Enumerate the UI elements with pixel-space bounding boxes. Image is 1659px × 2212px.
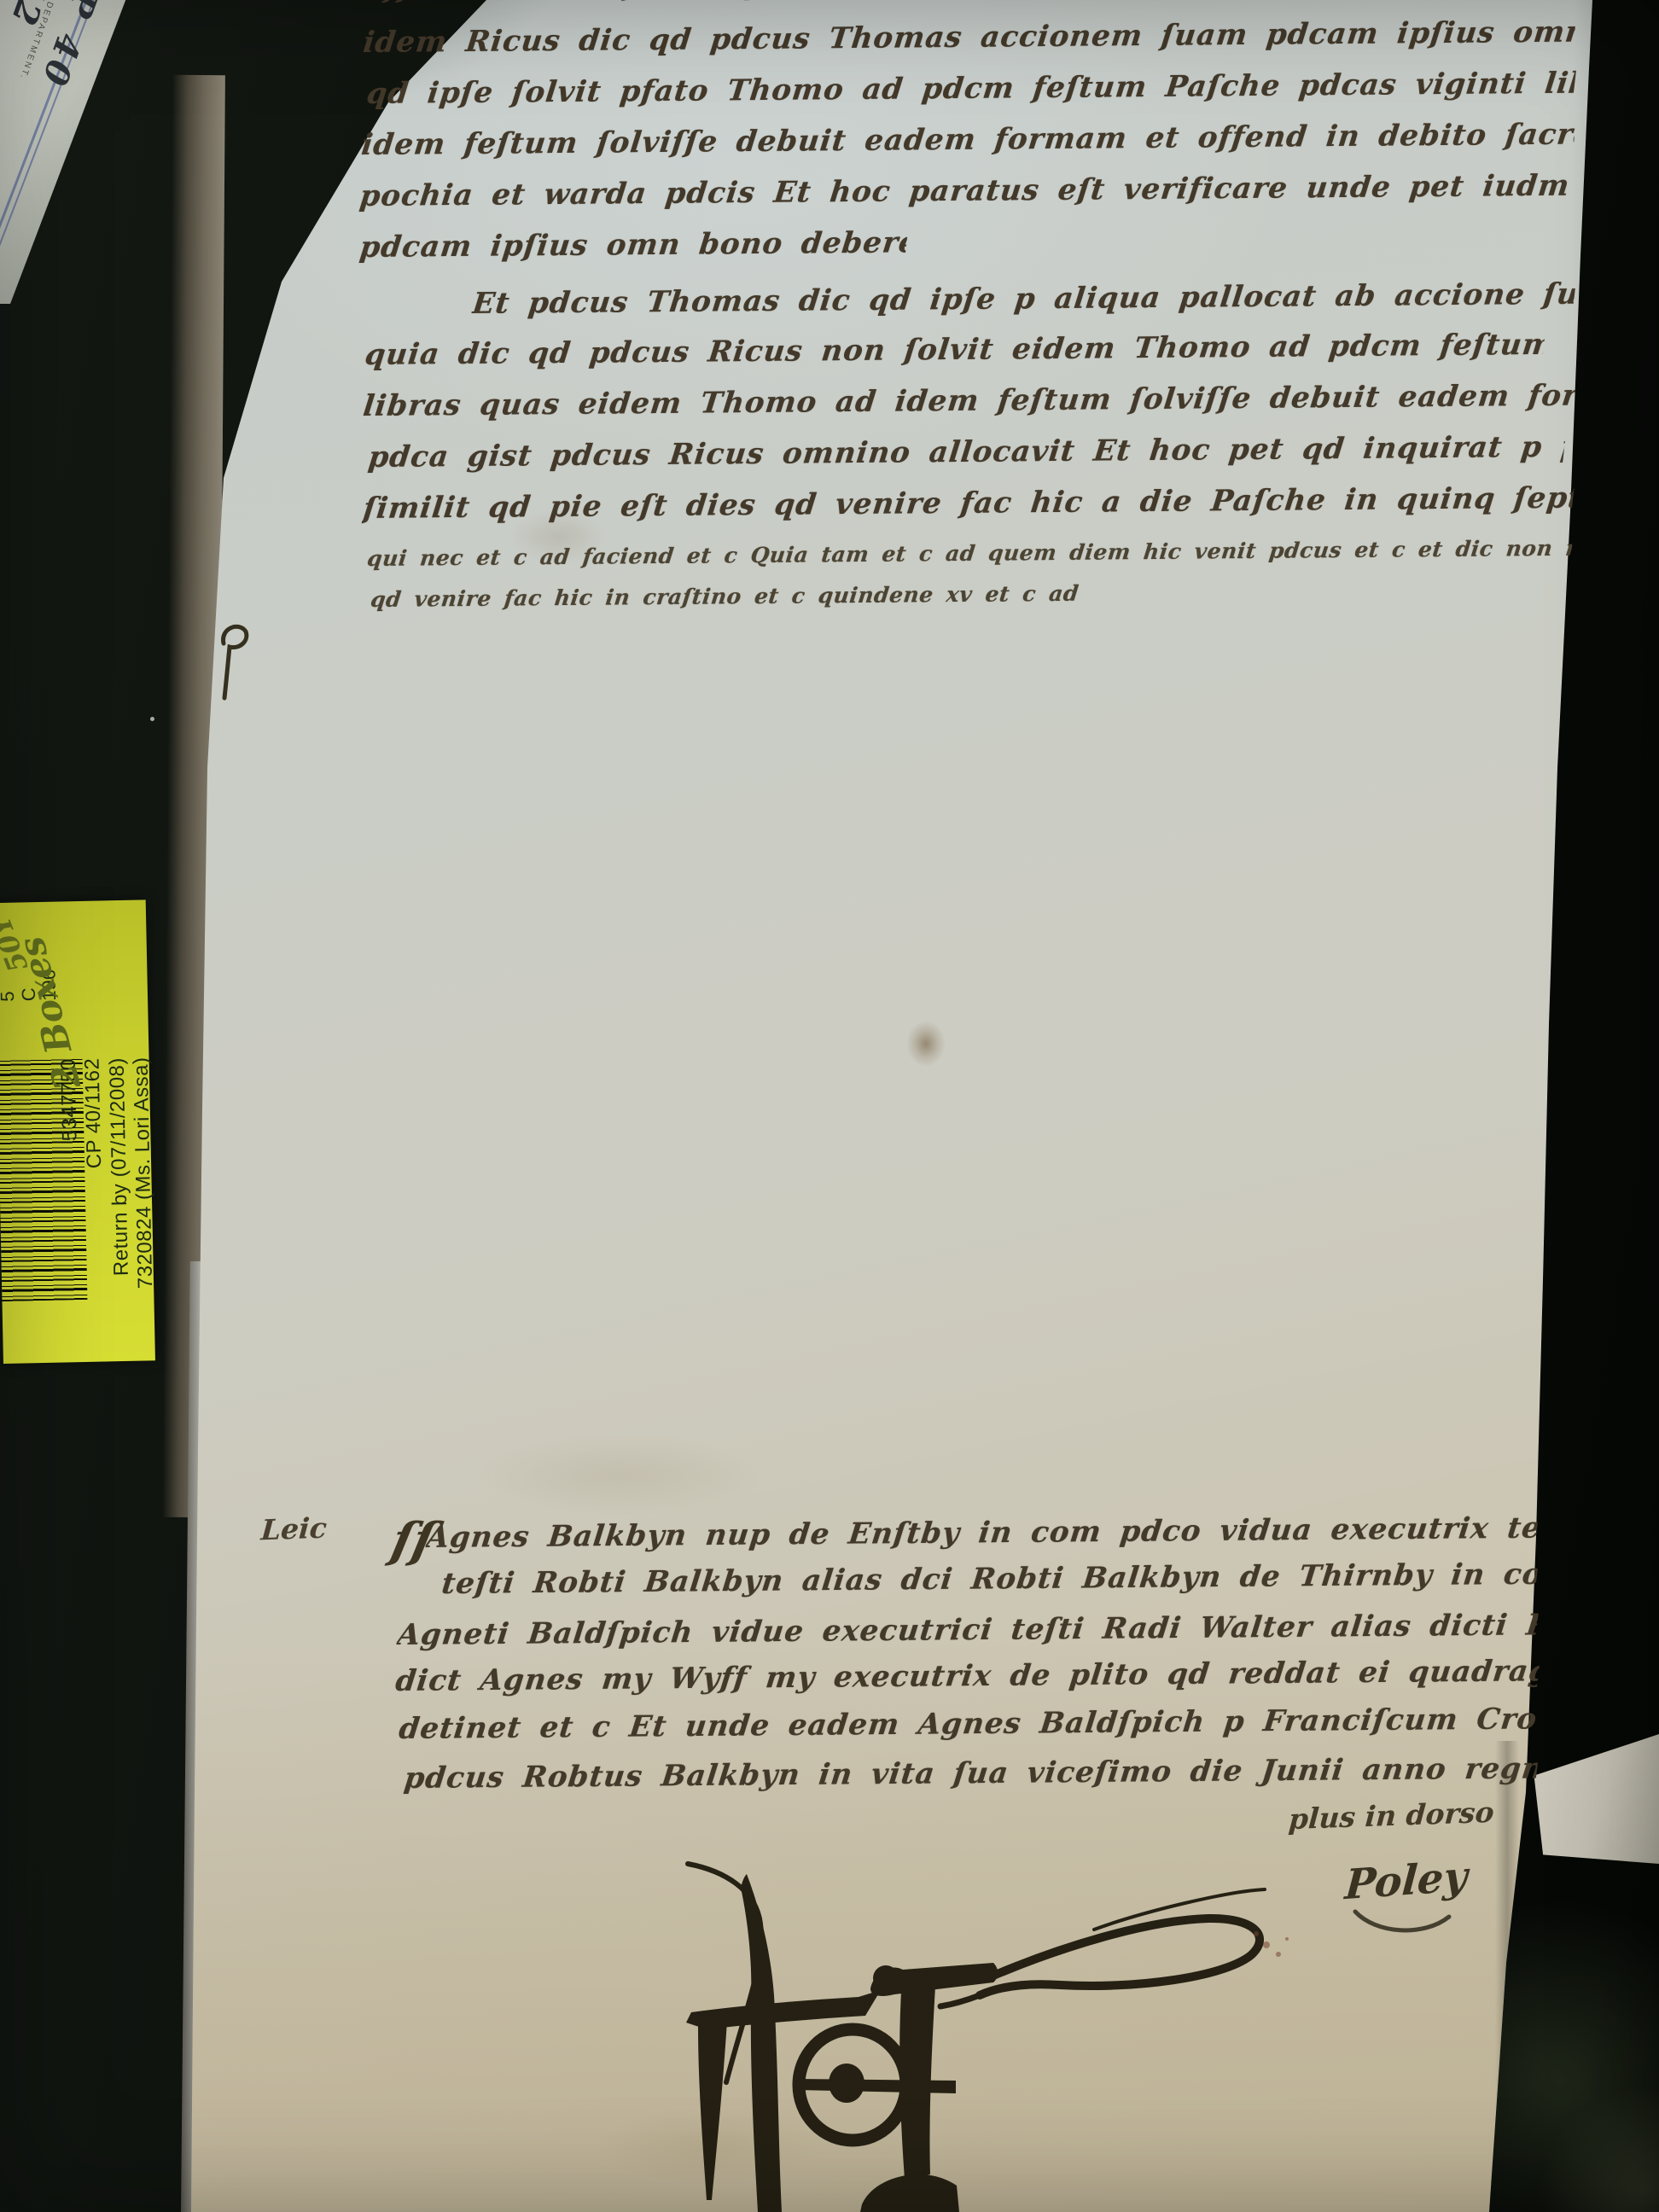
manuscript-line: pdca gist pdcus Ricus omnino allocavit E… [366,430,1566,474]
manuscript-line: detinet et c Et unde eadem Agnes Baldſpi… [397,1702,1537,1746]
tag-handwriting: P 40 62 2ND [0,0,109,96]
margin-county-note: Leic [260,1511,329,1547]
manuscript-line: ſimilit qd pie eſt dies qd venire fac hi… [361,481,1575,526]
manuscript-line: qd venire fac hic in craſtino et c quind… [370,581,1090,612]
manuscript-line: pdcam ipſius omn bono deberet et c [358,225,908,265]
photograph-of-plea-roll: offerto dio et ſolut apud faciend london… [0,0,1659,2212]
manuscript-line: Agneti Baldſpich vidue executrici teſti … [395,1608,1539,1652]
manuscript-line: dict Agnes my Wyff my executrix de plito… [393,1654,1540,1698]
manuscript-line: libras quas eidem Thomo ad idem feſtum ſ… [361,379,1576,423]
manuscript-line: quia dic qd pdcus Ricus non ſolvit eidem… [363,328,1545,372]
manuscript-line: idem feſtum ſolviſſe debuit eadem formam… [359,118,1576,162]
dorso-note: plus in dorso [1288,1796,1495,1837]
manuscript-line: Agnes Balkbyn nup de Enſtby in com pdco … [424,1511,1539,1555]
label-printed-lines: 5347750 CP 40/1162 Return by (07/11/2008… [57,1057,160,1362]
yellow-barcode-label: 5 C 196 5347750 CP 40/1162 Return by (07… [0,899,155,1364]
manuscript-line: pochia et warda pdcis Et hoc paratus eſt… [358,169,1576,213]
margin-pilcrow-mark [213,618,251,703]
label-code: 5 [0,970,19,1002]
manuscript-line: Et pdcus Thomas dic qd ipſe p aliqua pal… [470,277,1576,321]
manuscript-line: teſti Robti Balkbyn alias dci Robti Balk… [439,1557,1539,1601]
manuscript-line: idem Ricus dic qd pdcus Thomas accionem … [361,15,1576,60]
manuscript-line: qui nec et c ad faciend et c Quia tam et… [366,536,1574,571]
calligraphic-initial [666,1835,1468,2212]
manuscript-line-partial: offerto dio et ſolut apud faciend london [363,0,1135,5]
manuscript-line: qd ipſe ſolvit pfato Thomo ad pdcm feſtu… [364,67,1576,111]
manuscript-line: pdcus Robtus Balkbyn in vita ſua viceſim… [402,1751,1539,1796]
